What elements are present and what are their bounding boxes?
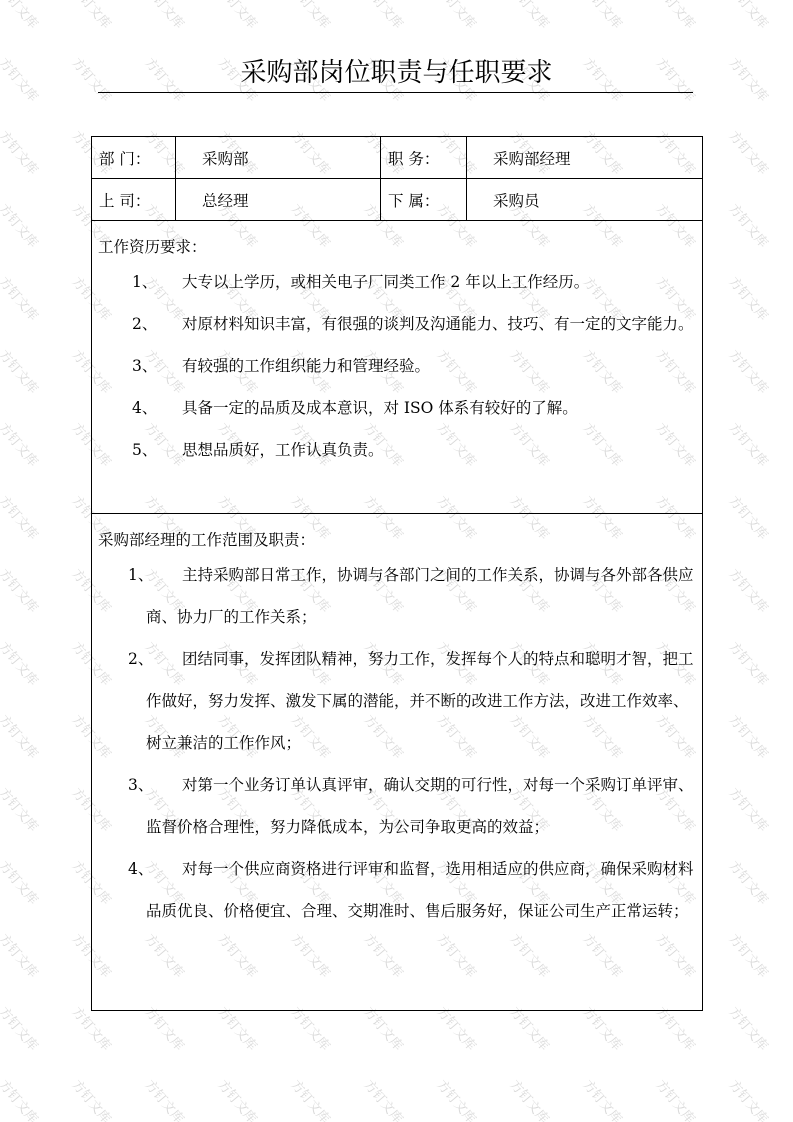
watermark-text: 方钉文库	[0, 637, 43, 689]
watermark-text: 方钉文库	[725, 856, 773, 908]
responsibilities-section: 采购部经理的工作范围及职责： 1、 主持采购部日常工作，协调与各部门之间的工作关…	[92, 514, 703, 1011]
title-underline	[98, 92, 693, 93]
table-row-department: 部 门： 采购部 职 务： 采购部经理	[92, 137, 703, 179]
item-number: 3、	[132, 345, 182, 387]
watermark-text: 方钉文库	[0, 345, 43, 397]
watermark-text: 方钉文库	[725, 783, 773, 835]
item-number: 3、	[128, 764, 178, 806]
item-text: 对原材料知识丰富，有很强的谈判及沟通能力、技巧、有一定的文字能力。	[100, 303, 694, 345]
watermark-text: 方钉文库	[0, 929, 43, 981]
watermark-text: 方钉文库	[0, 564, 43, 616]
item-text: 有较强的工作组织能力和管理经验。	[100, 345, 694, 387]
watermark-text: 方钉文库	[652, 1075, 700, 1122]
item-number: 2、	[128, 638, 178, 680]
watermark-text: 方钉文库	[725, 491, 773, 543]
watermark-text: 方钉文库	[360, 1075, 408, 1122]
watermark-text: 方钉文库	[725, 126, 773, 178]
list-item: 2、 对原材料知识丰富，有很强的谈判及沟通能力、技巧、有一定的文字能力。	[100, 303, 694, 345]
watermark-text: 方钉文库	[725, 0, 773, 32]
watermark-text: 方钉文库	[141, 0, 189, 32]
watermark-text: 方钉文库	[579, 1075, 627, 1122]
item-text: 对第一个业务订单认真评审，确认交期的可行性，对每一个采购订单评审、监督价格合理性…	[100, 764, 694, 848]
list-item: 3、 有较强的工作组织能力和管理经验。	[100, 345, 694, 387]
watermark-text: 方钉文库	[506, 1075, 554, 1122]
watermark-text: 方钉文库	[0, 1075, 43, 1122]
position-value: 采购部经理	[467, 137, 703, 179]
item-text: 主持采购部日常工作，协调与各部门之间的工作关系，协调与各外部各供应商、协力厂的工…	[100, 554, 694, 638]
watermark-text: 方钉文库	[725, 345, 773, 397]
watermark-text: 方钉文库	[214, 0, 262, 32]
item-text: 具备一定的品质及成本意识，对 ISO 体系有较好的了解。	[100, 387, 694, 429]
supervisor-label: 上 司：	[92, 179, 176, 221]
watermark-text: 方钉文库	[725, 710, 773, 762]
watermark-text: 方钉文库	[725, 1002, 773, 1054]
job-description-table: 部 门： 采购部 职 务： 采购部经理 上 司： 总经理 下 属： 采购员 工作…	[91, 136, 703, 1011]
item-text: 大专以上学历，或相关电子厂同类工作 2 年以上工作经历。	[100, 261, 694, 303]
watermark-text: 方钉文库	[725, 564, 773, 616]
item-number: 4、	[132, 387, 182, 429]
item-number: 2、	[132, 303, 182, 345]
watermark-text: 方钉文库	[287, 1075, 335, 1122]
watermark-text: 方钉文库	[433, 1075, 481, 1122]
watermark-text: 方钉文库	[141, 1075, 189, 1122]
list-item: 2、 团结同事，发挥团队精神，努力工作，发挥每个人的特点和聪明才智，把工作做好，…	[100, 638, 694, 764]
position-label: 职 务：	[381, 137, 467, 179]
item-text: 思想品质好，工作认真负责。	[100, 429, 694, 471]
watermark-text: 方钉文库	[0, 126, 43, 178]
watermark-text: 方钉文库	[725, 637, 773, 689]
watermark-text: 方钉文库	[0, 1002, 43, 1054]
item-text: 对每一个供应商资格进行评审和监督，选用相适应的供应商，确保采购材料品质优良、价格…	[100, 848, 694, 932]
watermark-text: 方钉文库	[214, 1075, 262, 1122]
list-item: 3、 对第一个业务订单认真评审，确认交期的可行性，对每一个采购订单评审、监督价格…	[100, 764, 694, 848]
watermark-text: 方钉文库	[0, 272, 43, 324]
table-row-supervisor: 上 司： 总经理 下 属： 采购员	[92, 179, 703, 221]
qualifications-heading: 工作资历要求：	[98, 227, 694, 261]
watermark-text: 方钉文库	[579, 0, 627, 32]
watermark-text: 方钉文库	[360, 0, 408, 32]
qualifications-section: 工作资历要求： 1、 大专以上学历，或相关电子厂同类工作 2 年以上工作经历。 …	[92, 221, 703, 514]
item-number: 5、	[132, 429, 182, 471]
watermark-text: 方钉文库	[652, 0, 700, 32]
watermark-text: 方钉文库	[725, 1075, 773, 1122]
watermark-text: 方钉文库	[433, 0, 481, 32]
watermark-text: 方钉文库	[0, 856, 43, 908]
item-number: 1、	[128, 554, 178, 596]
list-item: 1、 大专以上学历，或相关电子厂同类工作 2 年以上工作经历。	[100, 261, 694, 303]
item-number: 4、	[128, 848, 178, 890]
watermark-text: 方钉文库	[0, 491, 43, 543]
list-item: 1、 主持采购部日常工作，协调与各部门之间的工作关系，协调与各外部各供应商、协力…	[100, 554, 694, 638]
watermark-text: 方钉文库	[0, 199, 43, 251]
watermark-text: 方钉文库	[506, 0, 554, 32]
list-item: 5、 思想品质好，工作认真负责。	[100, 429, 694, 471]
watermark-text: 方钉文库	[287, 0, 335, 32]
page-title: 采购部岗位职责与任职要求	[0, 52, 793, 89]
watermark-text: 方钉文库	[0, 418, 43, 470]
watermark-text: 方钉文库	[0, 0, 43, 32]
table-row-responsibilities: 采购部经理的工作范围及职责： 1、 主持采购部日常工作，协调与各部门之间的工作关…	[92, 514, 703, 1011]
watermark-text: 方钉文库	[725, 929, 773, 981]
subordinate-label: 下 属：	[381, 179, 467, 221]
watermark-text: 方钉文库	[68, 1075, 116, 1122]
watermark-text: 方钉文库	[0, 783, 43, 835]
list-item: 4、 对每一个供应商资格进行评审和监督，选用相适应的供应商，确保采购材料品质优良…	[100, 848, 694, 932]
watermark-text: 方钉文库	[725, 272, 773, 324]
item-text: 团结同事，发挥团队精神，努力工作，发挥每个人的特点和聪明才智，把工作做好，努力发…	[100, 638, 694, 764]
watermark-text: 方钉文库	[0, 710, 43, 762]
watermark-text: 方钉文库	[725, 199, 773, 251]
item-number: 1、	[132, 261, 182, 303]
table-row-qualifications: 工作资历要求： 1、 大专以上学历，或相关电子厂同类工作 2 年以上工作经历。 …	[92, 221, 703, 514]
watermark-text: 方钉文库	[725, 418, 773, 470]
department-label: 部 门：	[92, 137, 176, 179]
subordinate-value: 采购员	[467, 179, 703, 221]
department-value: 采购部	[176, 137, 381, 179]
watermark-text: 方钉文库	[68, 0, 116, 32]
list-item: 4、 具备一定的品质及成本意识，对 ISO 体系有较好的了解。	[100, 387, 694, 429]
responsibilities-heading: 采购部经理的工作范围及职责：	[98, 520, 694, 554]
supervisor-value: 总经理	[176, 179, 381, 221]
